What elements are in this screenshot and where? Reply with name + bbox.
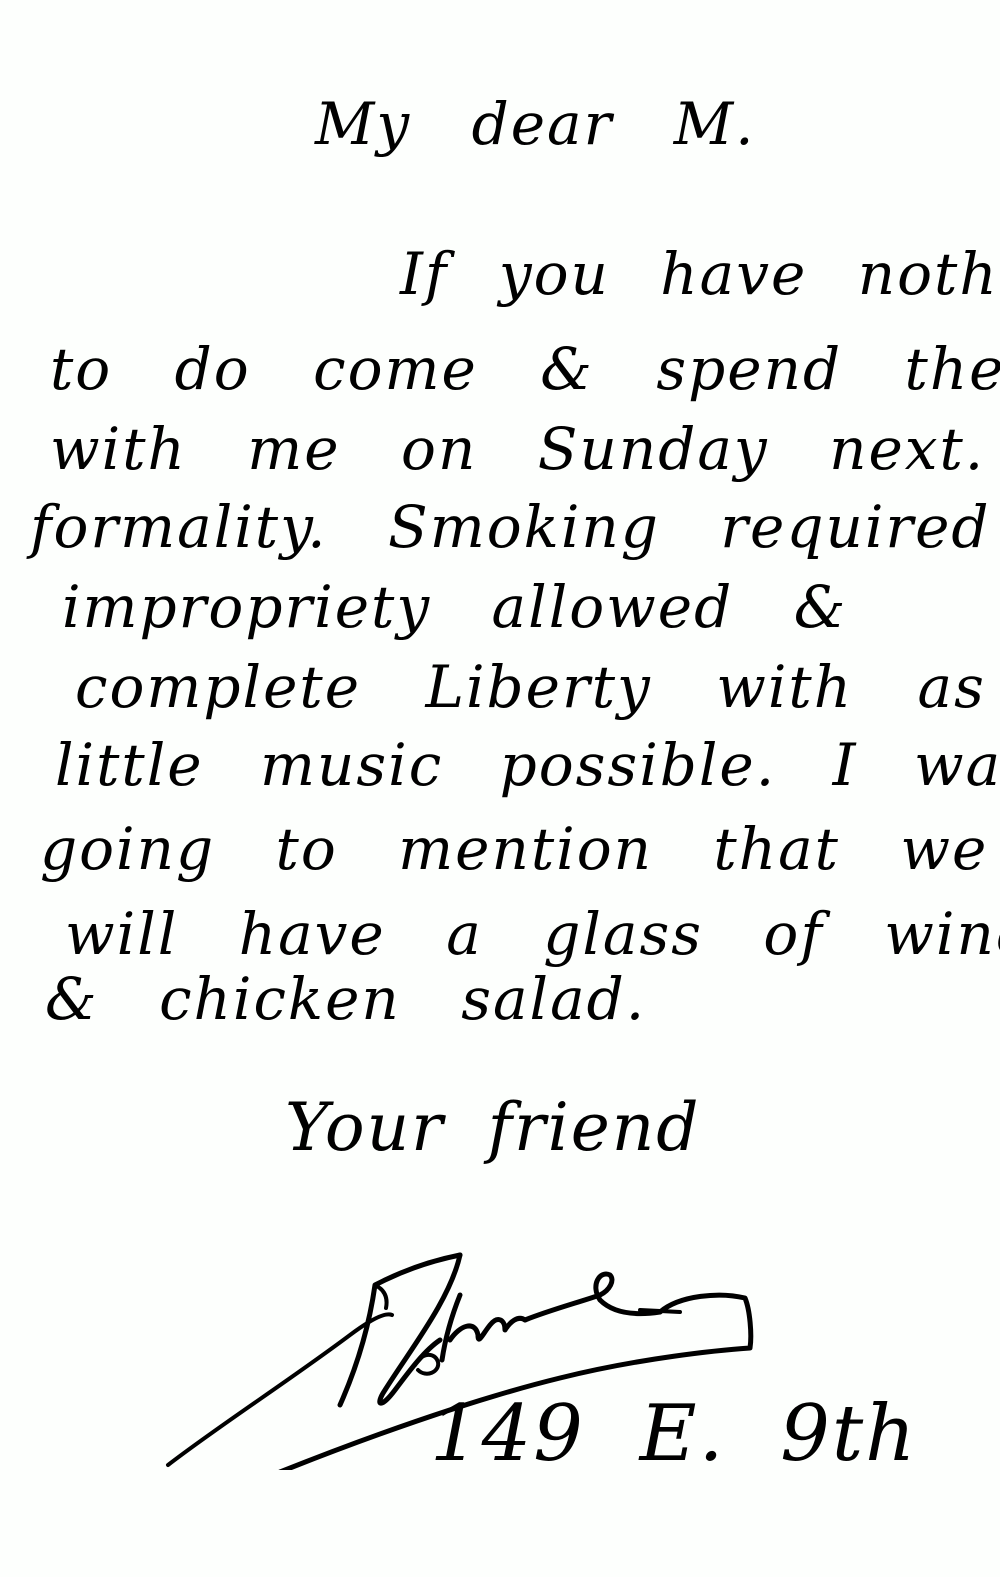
body-line-7: little music possible. I was: [55, 736, 1000, 794]
body-line-5: impropriety allowed &: [62, 578, 847, 636]
closing: Your friend: [285, 1095, 701, 1161]
address: 149 E. 9th: [430, 1395, 917, 1473]
salutation: My dear M.: [315, 95, 756, 153]
body-line-6: complete Liberty with as: [75, 658, 986, 716]
body-line-2: to do come & spend the evening: [50, 340, 1000, 398]
body-line-1: If you have nothing: [400, 245, 1000, 303]
letter-page: My dear M. If you have nothing to do com…: [0, 0, 1000, 1577]
body-line-9: will have a glass of wine: [65, 905, 1000, 963]
body-line-3: with me on Sunday next. No: [50, 420, 1000, 478]
body-line-10: & chicken salad.: [45, 970, 646, 1028]
body-line-4: formality. Smoking required: [30, 498, 991, 556]
body-line-8: going to mention that we: [40, 820, 988, 878]
